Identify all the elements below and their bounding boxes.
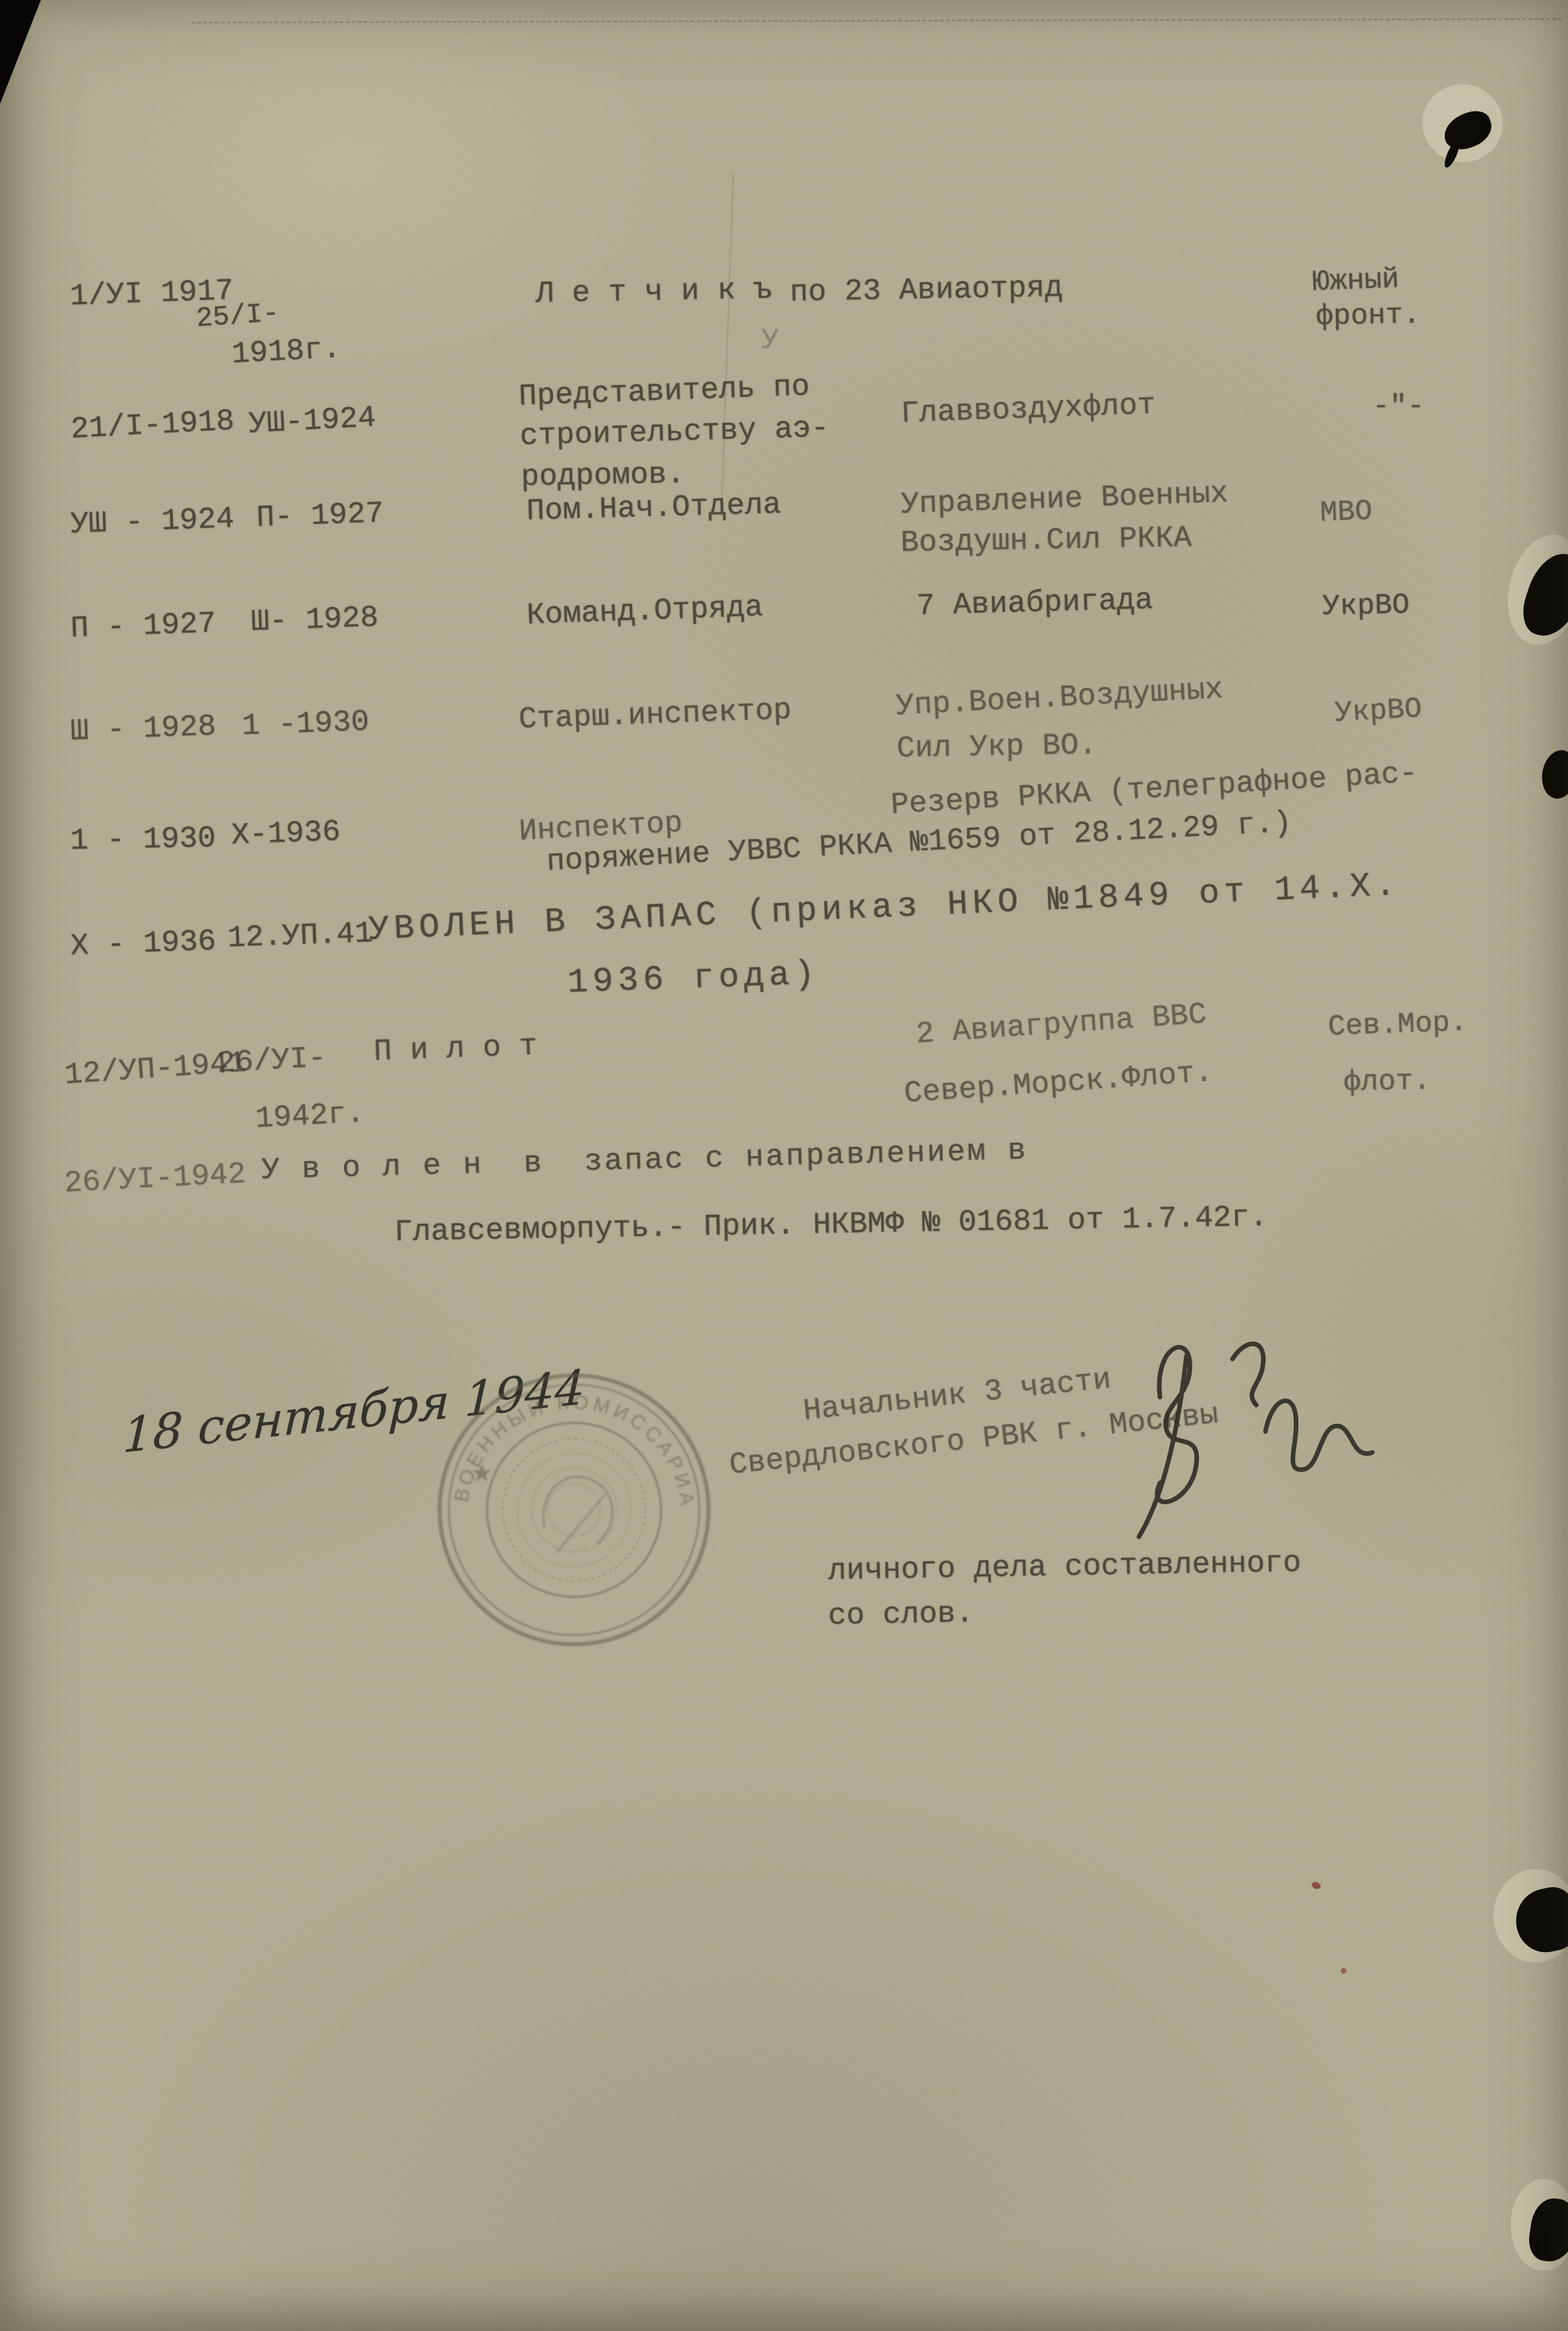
stamp-sickle bbox=[544, 1477, 613, 1543]
entry7-position-2: 1936 года) bbox=[567, 955, 820, 1002]
entry6-from-date: 1 - 1930 bbox=[70, 821, 216, 858]
entry9-position: У в о л е н в запас с направлением в bbox=[261, 1134, 1028, 1188]
paper-crease bbox=[720, 173, 734, 515]
official-signature bbox=[1068, 1318, 1424, 1568]
paper-sheet: 1/УІ 1917 25/I- 1918г. Л е т ч и к ъ по … bbox=[0, 0, 1568, 2331]
entry3-to-date: П- 1927 bbox=[256, 496, 384, 535]
entry3-district: МВО bbox=[1320, 495, 1373, 530]
top-stitch-marks bbox=[191, 18, 1562, 23]
entry4-to-date: Ш- 1928 bbox=[250, 600, 379, 639]
entry2-position-3: родромов. bbox=[521, 457, 685, 494]
entry1-unit: по 23 Авиаотряд bbox=[790, 271, 1063, 310]
entry5-unit: Упр.Воен.Воздушных bbox=[895, 672, 1224, 724]
entry7-to-date: 12.УП.41 bbox=[227, 916, 374, 956]
entry1-to-date: 25/I- bbox=[195, 297, 280, 335]
entry4-district: УкрВО bbox=[1322, 589, 1410, 623]
entry1-district-2: фронт. bbox=[1316, 299, 1420, 333]
entry2-district-ditto: -"- bbox=[1372, 390, 1424, 423]
entry1-district: Южный bbox=[1312, 263, 1400, 299]
entry2-unit: Главвоздухфлот bbox=[900, 388, 1156, 431]
rust-speck-2 bbox=[1341, 1968, 1347, 1974]
entry1-to-date-2: 1918г. bbox=[231, 331, 341, 372]
entry7-from-date: Х - 1936 bbox=[70, 924, 217, 964]
entry6-to-date: Х-1936 bbox=[231, 815, 341, 853]
entry8-position: П и л о т bbox=[373, 1029, 538, 1069]
note-line1: личного дела составленного bbox=[828, 1545, 1302, 1588]
entry1-position: Л е т ч и к ъ bbox=[535, 273, 772, 311]
entry5-unit-2: Сил Укр ВО. bbox=[896, 728, 1097, 766]
entry7-position: УВОЛЕН В ЗАПАС (приказ НКО №1849 от 14.Х… bbox=[368, 866, 1401, 950]
entry3-unit-2: Воздушн.Сил РККА bbox=[900, 521, 1192, 560]
entry2-position-2: строительству аэ- bbox=[519, 411, 829, 453]
entry9-from-date: 26/УІ-1942 bbox=[63, 1157, 247, 1201]
entry8-district-2: флот. bbox=[1343, 1065, 1431, 1099]
edge-tear-small bbox=[1538, 747, 1568, 801]
entry3-unit: Управление Военных bbox=[900, 476, 1229, 522]
entry5-to-date: 1 -1930 bbox=[241, 705, 370, 743]
stray-typed-mark: У bbox=[761, 324, 778, 357]
scanned-document-page: 1/УІ 1917 25/I- 1918г. Л е т ч и к ъ по … bbox=[0, 0, 1568, 2331]
entry5-district: УкрВО bbox=[1334, 693, 1422, 730]
entry5-position: Старш.инспектор bbox=[518, 693, 792, 737]
entry9-position-2: Главсевморпуть.- Прик. НКВМФ № 01681 от … bbox=[394, 1200, 1268, 1250]
entry8-unit: 2 Авиагруппа ВВС bbox=[915, 997, 1207, 1052]
entry3-from-date: УШ - 1924 bbox=[70, 502, 235, 542]
note-line2: со слов. bbox=[828, 1596, 974, 1633]
entry3-position: Пом.Нач.Отдела bbox=[526, 488, 782, 529]
entry8-to-date-2: 1942г. bbox=[254, 1096, 365, 1136]
entry5-from-date: Ш - 1928 bbox=[70, 709, 217, 749]
rust-speck bbox=[1311, 1881, 1322, 1890]
entry4-position: Команд.Отряда bbox=[526, 590, 763, 632]
entry8-unit-2: Север.Морск.Флот. bbox=[903, 1055, 1214, 1111]
round-military-commissariat-stamp: ★ ВОЕННЫЙ КОМИССАРИАТ Г. bbox=[419, 1355, 729, 1665]
stamp-graphics: ★ ВОЕННЫЙ КОМИССАРИАТ Г. bbox=[419, 1355, 709, 1644]
entry4-unit: 7 Авиабригада bbox=[916, 583, 1153, 623]
entry2-to-date: УШ-1924 bbox=[248, 401, 377, 442]
entry8-to-date: 26/УІ- bbox=[216, 1041, 327, 1081]
entry8-district: Сев.Мор. bbox=[1327, 1006, 1468, 1044]
entry2-position: Представитель по bbox=[518, 370, 810, 414]
entry2-from-date: 21/I-1918 bbox=[70, 404, 235, 447]
entry4-from-date: П - 1927 bbox=[70, 606, 217, 646]
